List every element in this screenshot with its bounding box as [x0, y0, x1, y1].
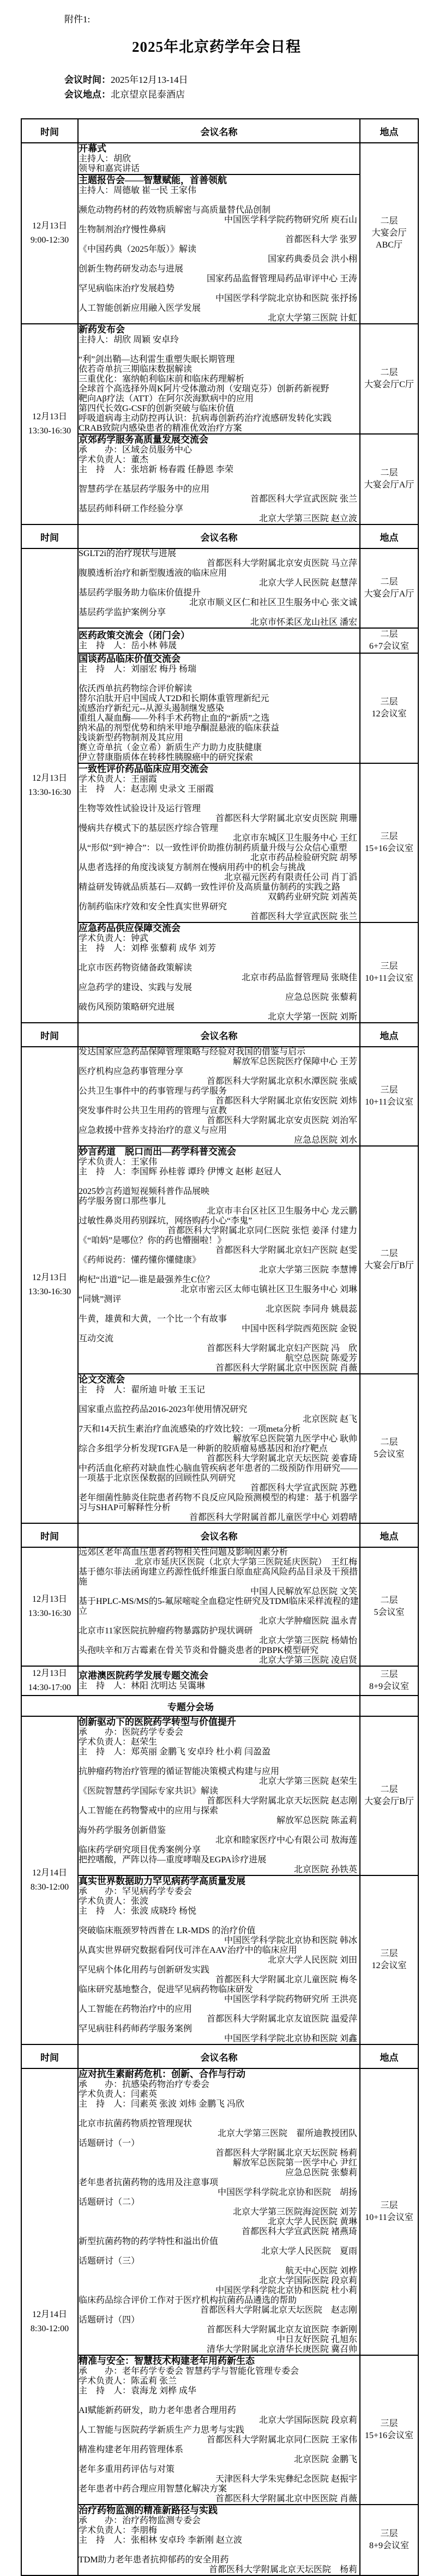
- session-cell: 真实世界数据助力罕见病药学高质量发展承 办：罕见病药学专委会学术负责人：张波主 …: [78, 1875, 360, 2044]
- location-cell: 二层大宴会厅C厅: [360, 324, 418, 434]
- talk-title: “同姚”测评: [79, 1295, 359, 1305]
- schedule-row: 一致性评价药品临床应用交流会学术负责人：王丽霞主 持 人：赵志刚 史录文 王丽霞…: [21, 763, 418, 922]
- talk-title: 伊立替康脂质体在转移性胰腺癌中的研究探索: [79, 753, 359, 763]
- talk-title: 老年患者中药合理应用智慧化解决方案: [79, 2484, 359, 2494]
- speaker-name: 首都医科大学附属北京天坛医院 姜睿琦: [79, 1454, 359, 1464]
- talk-title: 重组人凝血酶——外科手术药物止血的“新质”之选: [79, 714, 359, 723]
- talk-title: 从患者选择的角度浅谈复方制剂在慢病用药中的机会与挑战: [79, 863, 359, 873]
- table-header-row: 时间会议名称地点: [21, 119, 418, 143]
- time-text: 14:30-17:00: [22, 1681, 77, 1695]
- talk-title: 突破临床瓶颈罗特西普在 LR-MDS 的治疗价值: [79, 1926, 359, 1936]
- speaker-name: 北京福元医药有限责任公司 肖丁滔: [79, 873, 359, 883]
- location-text: 大宴会厅B厅: [360, 1796, 418, 1808]
- time-text: 12月13日: [22, 1667, 77, 1681]
- speaker-name: 北京市药品监督管理局 张晓佳: [79, 973, 359, 983]
- speaker-name: 首都医科大学附属北京天坛医院 杨莉: [79, 2149, 359, 2158]
- time-text: 12月13日: [22, 219, 77, 233]
- speaker-name: 首都医科大学附属北京天坛医院 赵志刚: [79, 2306, 359, 2315]
- talk-title: 创新生物药研发动态与进展: [79, 264, 359, 274]
- blank-line: [79, 794, 359, 804]
- header-cell-name: 会议名称: [78, 1523, 360, 1547]
- speaker-name: 首都医科大学宣武医院 张兰: [79, 494, 359, 504]
- talk-title: 依若奇单抗三期临床数据解读: [79, 365, 359, 375]
- header-cell-location: 地点: [360, 524, 418, 548]
- session-title: 国谈药品临床价值交流会: [79, 654, 359, 665]
- location-text: 10+11会议室: [360, 2212, 418, 2224]
- header-cell-name: 会议名称: [78, 1023, 360, 1047]
- schedule-row: 真实世界数据助力罕见病药学高质量发展承 办：罕见病药学专委会学术负责人：张波主 …: [21, 1875, 418, 2044]
- session-cell: 应急药品供应保障交流会学术负责人：钟武主 持 人：刘桦 张藜莉 成华 刘芳北京市…: [78, 922, 360, 1023]
- meeting-time-value: 2025年12月13-14日: [111, 75, 188, 85]
- session-meta-line: 承 办：治疗药物监测专委会: [79, 2516, 359, 2526]
- header-cell-time: 时间: [21, 2044, 78, 2068]
- talk-title: 靶向Aβ疗法（ATT）在阿尔茨海默病中的应用: [79, 394, 359, 404]
- session-meta-line: 承 办：老年药学专委会 智慧药学与智能化管理专委会: [79, 2367, 359, 2376]
- talk-title: 北京市医药物资储备政策解读: [79, 963, 359, 973]
- blank-line: [79, 345, 359, 355]
- location-cell: 二层6+7会议室: [360, 628, 418, 653]
- talk-title: 慢病共存模式下的基层医疗综合管理: [79, 824, 359, 834]
- session-cell: 应对抗生素耐药危机：创新、合作与行动承 办：抗感染药物治疗专委会学术负责人：闫素…: [78, 2068, 360, 2355]
- talk-title: 突发事件时公共卫生用药的管理与宣教: [79, 1106, 359, 1116]
- speaker-name: 中国医学科学院北京协和医院 张抒扬: [79, 294, 359, 304]
- session-title: 精准与安全：智慧技术构建老年用药新生态: [79, 2356, 359, 2367]
- talk-title: 基层药学服务助力临床价值提升: [79, 588, 359, 598]
- session-cell: 一致性评价药品临床应用交流会学术负责人：王丽霞主 持 人：赵志刚 史录文 王丽霞…: [78, 763, 360, 922]
- schedule-row: 国谈药品临床价值交流会主 持 人：刘丽宏 梅丹 杨瑞依沃西单抗药物综合评价解读替…: [21, 653, 418, 763]
- session-meta-line: 学术负责人：赵荣生: [79, 1738, 359, 1747]
- talk-title: 远郊区老年高血压患者药物相关性问题及影响因素分析: [79, 1548, 359, 1558]
- time-cell: 12月14日8:30-12:00: [21, 2068, 78, 2575]
- speaker-name: 双鹤药业研究院 刘茜英: [79, 892, 359, 902]
- session-title: 医药政策交流会（闭门会）: [79, 630, 359, 641]
- session-title: 京郊药学服务高质量发展交流会: [79, 435, 359, 445]
- location-cell-empty: [360, 1696, 418, 1716]
- location-text: 三层: [360, 831, 418, 843]
- talk-title: 中药活血化瘀药对缺血性心脑血管疾病老年患者的二级预防作用研究——一项基于北京医保…: [79, 1464, 359, 1483]
- location-text: 二层: [360, 367, 418, 379]
- location-cell: 三层8+9会议室: [360, 1666, 418, 1696]
- speaker-name: 首都医科大学附属北京安贞医院 刘治军: [79, 1116, 359, 1126]
- session-meta-line: 主 持 人：岳小林 韩晟: [79, 641, 359, 651]
- speaker-name: 北京市密云区太师屯镇社区卫生服务中心 刘琳: [79, 1285, 359, 1295]
- location-cell: 二层5会议室: [360, 1374, 418, 1523]
- time-cell: 12月14日8:30-12:00: [21, 1716, 78, 2044]
- speaker-name: 中国医学科学院北京协和医院 杜小莉: [79, 2286, 359, 2296]
- page-title: 2025年北京药学年会日程: [0, 35, 433, 56]
- meeting-place-row: 会议地点：北京望京昆泰酒店: [64, 87, 433, 102]
- talk-title: 基层药师科研工作经验分享: [79, 504, 359, 514]
- speaker-name: 应急总医院 张藜莉: [79, 2168, 359, 2178]
- meeting-place-value: 北京望京昆泰酒店: [111, 89, 185, 100]
- attachment-label: 附件1:: [64, 13, 433, 26]
- speaker-name: 中国人民解放军总医院 文笑: [79, 1587, 359, 1597]
- location-text: 12会议室: [360, 708, 418, 720]
- talk-title: 罕见病驻科药师药学服务案例: [79, 2024, 359, 2034]
- location-text: 二层: [360, 629, 418, 641]
- speaker-name: 首都医科大学附属北京天坛医院 杨莉: [79, 2565, 359, 2575]
- speaker-name: 首都医科大学附属北京同仁医院 王家伟: [79, 2435, 359, 2445]
- schedule-row: 京郊药学服务高质量发展交流会承 办：区域会员服务中心学术负责人：董杰主 持 人：…: [21, 434, 418, 524]
- speaker-name: 首都医科大学附属北京友谊医院 李新刚: [79, 2325, 359, 2335]
- talk-title: 公共卫生事件中的药事管理与药学服务: [79, 1087, 359, 1096]
- speaker-name: 北京大学第一医院 刘斯: [79, 1012, 359, 1022]
- speaker-name: 北京大学第三医院 翟所迪教授团队: [79, 2129, 359, 2139]
- talk-title: 《医院智慧药学国际专家共识》解读: [79, 1787, 359, 1796]
- session-meta-line: 主 持 人：张相林 安卓玲 李新刚 赵立波: [79, 2536, 359, 2545]
- speaker-name: 解放军总医院医疗保障中心 王芳: [79, 1057, 359, 1067]
- speaker-name: 国家药品监督管理局药品审评中心 王涛: [79, 274, 359, 284]
- schedule-row: 论文交流会主 持 人：翟所迪 叶敏 王玉记国家重点监控药品2016-2023年使…: [21, 1374, 418, 1523]
- location-cell: 三层12会议室: [360, 1875, 418, 2044]
- talk-title: 基层药学监护案例分享: [79, 608, 359, 618]
- meeting-place-label: 会议地点：: [64, 89, 111, 100]
- speaker-name: 北京大学第三医院 赵立波: [79, 514, 359, 524]
- talk-title: 浅谈新型药物制剂及其应用: [79, 733, 359, 743]
- session-cell: 论文交流会主 持 人：翟所迪 叶敏 王玉记国家重点监控药品2016-2023年使…: [78, 1374, 360, 1523]
- location-text: 二层: [360, 215, 418, 227]
- session-meta-line: 学术负责人：钟武: [79, 934, 359, 944]
- speaker-name: 北京医院 金鹏飞: [79, 2455, 359, 2465]
- session-title: 京港澳医院药学发展专题交流会: [79, 1670, 359, 1681]
- talk-title: 依沃西单抗药物综合评价解读: [79, 684, 359, 694]
- talk-title: 基于HPLC-MS/MS的5-氟尿嘧啶全血稳定性研究及TDM临床采样流程的建立: [79, 1597, 359, 1616]
- time-cell: 12月13日13:30-16:30: [21, 1547, 78, 1666]
- schedule-row: 12月14日8:30-12:00应对抗生素耐药危机：创新、合作与行动承 办：抗感…: [21, 2068, 418, 2355]
- location-cell: 二层大宴会厅A厅: [360, 548, 418, 628]
- speaker-name: 解放军总医院第九医学中心 耿帅: [79, 1434, 359, 1444]
- talk-title: 老年细菌性肺炎住院患者药物不良反应风险预测模型的构建：基于机器学习与SHAP可解…: [79, 1493, 359, 1513]
- speaker-name: 清华大学附属北京清华长庚医院 冀召帅: [79, 2345, 359, 2355]
- table-header-row: 时间会议名称地点: [21, 1023, 418, 1047]
- session-cell: 精准与安全：智慧技术构建老年用药新生态承 办：老年药学专委会 智慧药学与智能化管…: [78, 2355, 360, 2505]
- talk-title: 仿制药临床疗效和安全性真实世界研究: [79, 902, 359, 912]
- session-meta-line: 学术负责人：王家伟: [79, 1157, 359, 1167]
- location-text: 6+7会议室: [360, 641, 418, 653]
- talk-title: 人工智能在药物治疗中的应用: [79, 2005, 359, 2014]
- session-meta-line: 主持人：胡欣 周颖 安卓玲: [79, 335, 359, 345]
- speaker-name: 首都医科大学附属北京同仁医院 张恺 姜泽 付建力: [79, 1226, 359, 1236]
- time-cell: 12月13日14:30-17:00: [21, 1666, 78, 1696]
- location-text: 二层: [360, 1437, 418, 1449]
- location-cell: 二层5会议室: [360, 1547, 418, 1666]
- blank-line: [79, 2109, 359, 2119]
- session-cell: 妙言药道 脱口而出—药学科普交流会学术负责人：王家伟主 持 人：李国辉 孙桂蓉 …: [78, 1146, 360, 1374]
- speaker-name: 中国中医科学院西苑医院 金锐: [79, 1324, 359, 1334]
- schedule-row: 精准与安全：智慧技术构建老年用药新生态承 办：老年药学专委会 智慧药学与智能化管…: [21, 2355, 418, 2505]
- time-text: 12月14日: [22, 2308, 77, 2322]
- speaker-name: 首都医科大学附属北京妇产医院 赵雯: [79, 1246, 359, 1256]
- session-meta-line: 学术负责人：张波: [79, 1897, 359, 1907]
- meeting-time-label: 会议时间：: [64, 75, 111, 85]
- talk-title: TDM助力老年患者抗抑郁药的安全用药: [79, 2555, 359, 2565]
- session-meta-line: 主 持 人：张培新 杨春霞 任静恩 李荣: [79, 465, 359, 475]
- speaker-name: 解放军总医院第一医学中心 尹红: [79, 2158, 359, 2168]
- schedule-row: 妙言药道 脱口而出—药学科普交流会学术负责人：王家伟主 持 人：李国辉 孙桂蓉 …: [21, 1146, 418, 1374]
- location-cell: 二层大宴会厅B厅: [360, 1146, 418, 1374]
- session-meta-line: 学术负责人：闫素英: [79, 2090, 359, 2100]
- speaker-name: 首都医科大学 张罗: [79, 235, 359, 245]
- speaker-name: 中国医学科学院北京协和医院 刘鑫: [79, 2034, 359, 2044]
- session-meta-line: 主 持 人：翟所迪 叶敏 王玉记: [79, 1385, 359, 1395]
- schedule-body: 时间会议名称地点12月13日9:00-12:30开幕式主持人：胡欣领导和嘉宾讲话…: [21, 119, 418, 2575]
- talk-title: 生物等效性试验设计及运行管理: [79, 804, 359, 814]
- session-cell: 发达国家应急药品保障管理策略与经验对我国的借鉴与启示解放军总医院医疗保障中心 王…: [78, 1047, 360, 1146]
- session-meta-line: 承 办：抗感染药物治疗专委会: [79, 2080, 359, 2090]
- talk-title: 纳米晶的剂型优势和纳米甲地孕酮混悬液的临床获益: [79, 723, 359, 733]
- time-text: 8:30-12:00: [22, 1880, 77, 1895]
- location-cell: 二层大宴会厅B厅: [360, 1716, 418, 1875]
- speaker-name: 天津医科大学朱宪彝纪念医院 赵振宇: [79, 2475, 359, 2484]
- speaker-name: 北京大学第三医院 计虹: [79, 313, 359, 323]
- session-meta-line: 主持人：胡欣: [79, 154, 359, 164]
- speaker-name: 首都医科大学附属北京佑安医院 刘炜: [79, 1096, 359, 1106]
- speaker-name: 北京医院 孙铁英: [79, 1865, 359, 1875]
- banner-row: 专题分会场: [21, 1696, 418, 1716]
- talk-title: 濒危动物药材的药效物质解密与高质量替代品创制: [79, 206, 359, 215]
- speaker-name: 首都医科大学附属北京安贞医院 马立萍: [79, 559, 359, 569]
- talk-title: 临床药品综合评价工作对于医疗机构抗菌药品遴选的帮助: [79, 2296, 359, 2306]
- talk-title: 医疗机构应急药事管理分享: [79, 1067, 359, 1077]
- location-cell: 三层15+16会议室: [360, 2355, 418, 2505]
- speaker-name: 中国医学科学院北京协和医院 胡扬: [79, 2188, 359, 2198]
- time-text: 12月13日: [22, 1592, 77, 1607]
- header-cell-location: 地点: [360, 1523, 418, 1547]
- session-meta-line: 学术负责人：董杰: [79, 455, 359, 465]
- speaker-name: 北京大学第三医院 凌启贤: [79, 1656, 359, 1666]
- time-cell: 12月13日9:00-12:30: [21, 143, 78, 324]
- speaker-name: 北京大学第三医院 李慧博: [79, 1265, 359, 1275]
- header-cell-name: 会议名称: [78, 524, 360, 548]
- speaker-name: 北京医院 李同舟 姚晨蕊: [79, 1305, 359, 1314]
- talk-title: 应急药学的建设、实践与发展: [79, 983, 359, 993]
- speaker-name: 首都医科大学附属北京妇产医院 冯 欣: [79, 1344, 359, 1354]
- location-cell: 三层12会议室: [360, 653, 418, 763]
- session-meta-line: 承 办：区域会员服务中心: [79, 445, 359, 455]
- location-cell: 二层大宴会厅ABC厅: [360, 143, 418, 324]
- session-meta-line: 主持人：周德敏 崔一民 王家伟: [79, 186, 359, 196]
- table-header-row: 时间会议名称地点: [21, 524, 418, 548]
- speaker-name: 中国医学科学院药物研究所 庾石山: [79, 215, 359, 225]
- schedule-row: 12月13日9:00-12:30开幕式主持人：胡欣领导和嘉宾讲话二层大宴会厅AB…: [21, 143, 418, 174]
- location-cell: 三层10+11会议室: [360, 2068, 418, 2355]
- speaker-name: 北京大学人民医院 刘田: [79, 1956, 359, 1965]
- session-cell: 开幕式主持人：胡欣领导和嘉宾讲话: [78, 143, 360, 174]
- session-title: 一致性评价药品临床应用交流会: [79, 764, 359, 775]
- talk-title: 北京市抗菌药物质控管理现状: [79, 2119, 359, 2129]
- location-text: 5会议室: [360, 1449, 418, 1461]
- talk-title: 发达国家应急药品保障管理策略与经验对我国的借鉴与启示: [79, 1047, 359, 1057]
- location-cell: 三层8+9会议室: [360, 2505, 418, 2575]
- speaker-name: 首都医科大学附属北京中医医院 肖薇: [79, 2494, 359, 2504]
- talk-title: 基于德尔菲法函询建立药源性低纤维蛋白原血症高风险药品目录及干预措施: [79, 1567, 359, 1587]
- blank-line: [79, 196, 359, 206]
- location-cell: 二层大宴会厅A厅: [360, 434, 418, 524]
- session-meta-line: 主 持 人：闫素英 张波 刘炜 金鹏飞 冯欣: [79, 2100, 359, 2109]
- location-text: 12会议室: [360, 1960, 418, 1972]
- header-cell-location: 地点: [360, 1023, 418, 1047]
- time-text: 12月13日: [22, 1271, 77, 1285]
- talk-title: AI赋能新药研发，助力老年患者合理用药: [79, 2406, 359, 2416]
- session-meta-line: 主 持 人：张波 成晓玲 杨悦: [79, 1907, 359, 1916]
- session-title: 创新驱动下的医院药学转型与价值提升: [79, 1717, 359, 1728]
- session-title: 论文交流会: [79, 1374, 359, 1385]
- speaker-name: 北京市药品检验研究院 胡琴: [79, 853, 359, 863]
- location-cell: 三层15+16会议室: [360, 763, 418, 922]
- talk-title: 《药师说药：懂药懂你懂健康》: [79, 1256, 359, 1265]
- blank-line: [79, 1757, 359, 1767]
- talk-title: 罕见病个体化用药与创新研发实践: [79, 1965, 359, 1975]
- header-cell-time: 时间: [21, 1523, 78, 1547]
- talk-title: 话题研讨（三）: [79, 2257, 359, 2266]
- session-cell: 医药政策交流会（闭门会）主 持 人：岳小林 韩晟: [78, 628, 360, 653]
- talk-title: 腹膜透析治疗和新型腹透液的临床应用: [79, 569, 359, 578]
- talk-title: 话题研讨（四）: [79, 2315, 359, 2325]
- location-text: 大宴会厅A厅: [360, 479, 418, 491]
- speaker-name: 北京和睦家医疗中心有限公司 敖海莲: [79, 1836, 359, 1845]
- talk-title: 2025妙言药道短视频科普作品展映: [79, 1187, 359, 1197]
- session-cell: SGLT2i的治疗现状与进展首都医科大学附属北京安贞医院 马立萍腹膜透析治疗和新…: [78, 548, 360, 628]
- blank-line: [79, 1177, 359, 1187]
- location-text: 二层: [360, 467, 418, 479]
- speaker-name: 北京大学人民医院 夏雨: [79, 2247, 359, 2257]
- session-meta-line: 主 持 人：林阳 沈明达 吴霭琳: [79, 1681, 359, 1691]
- talk-title: 临床研究基地整合，促进罕见病药物临床研发: [79, 1985, 359, 1995]
- speaker-name: 首都医科大学附属北京中医医院 肖薇: [79, 1364, 359, 1373]
- time-text: 13:30-16:30: [22, 424, 77, 438]
- location-text: 三层: [360, 2528, 418, 2540]
- session-title: 真实世界数据助力罕见病药学高质量发展: [79, 1876, 359, 1887]
- speaker-name: 解放军总医院 陈孟莉: [79, 1816, 359, 1826]
- session-cell: 国谈药品临床价值交流会主 持 人：刘丽宏 梅丹 杨瑞依沃西单抗药物综合评价解读替…: [78, 653, 360, 763]
- session-cell: 治疗药物监测的精准新路径与实践承 办：治疗药物监测专委会学术负责人：李朋梅主 持…: [78, 2505, 360, 2575]
- location-text: 三层: [360, 961, 418, 973]
- speaker-name: 北京大学国际医院 段京莉: [79, 2276, 359, 2286]
- talk-title: 临床药学研究项目优秀案例分享: [79, 1845, 359, 1855]
- talk-title: 生物制剂治疗慢性鼻病: [79, 225, 359, 235]
- blank-line: [79, 2396, 359, 2406]
- blank-line: [79, 475, 359, 485]
- speaker-name: 中国医学科学院药物研究所 王洪亮: [79, 1995, 359, 2005]
- speaker-name: 航空总医院 陈爱芳: [79, 1354, 359, 1364]
- time-text: 12月14日: [22, 1866, 77, 1880]
- time-cell: 12月13日13:30-16:30: [21, 548, 78, 1023]
- session-meta-line: 主 持 人：赵志刚 史录文 王丽霞: [79, 785, 359, 794]
- session-cell: 远郊区老年高血压患者药物相关性问题及影响因素分析北京市延庆区医院（北京大学第三医…: [78, 1547, 360, 1666]
- talk-title: 人工智能与医院药学新质生产力思考与实践: [79, 2426, 359, 2435]
- schedule-row: 12月13日13:30-16:30SGLT2i的治疗现状与进展首都医科大学附属北…: [21, 548, 418, 628]
- schedule-row: 12月13日13:30-16:30新药发布会主持人：胡欣 周颖 安卓玲“利”剑出…: [21, 324, 418, 434]
- speaker-name: 北京大学人民医院 黄琳: [79, 2217, 359, 2227]
- location-text: 三层: [360, 2200, 418, 2212]
- talk-title: 呼吸道病毒主动防控再认识：抗病毒创新药治疗流感研发转化实践: [79, 414, 359, 424]
- header-cell-time: 时间: [21, 119, 78, 143]
- talk-title: 国家重点监控药品2016-2023年使用情况研究: [79, 1405, 359, 1415]
- session-title: 新药发布会: [79, 324, 359, 335]
- schedule-row: 12月13日13:30-16:30发达国家应急药品保障管理策略与经验对我国的借鉴…: [21, 1047, 418, 1146]
- speaker-name: 北京市丰台区社区卫生服务中心 龙云鹏: [79, 1206, 359, 1216]
- location-text: 二层: [360, 1595, 418, 1607]
- talk-title: 全球首个高选择外周K阿片受体激动剂（安瑞克芬）创新药新视野: [79, 384, 359, 394]
- blank-line: [79, 1395, 359, 1405]
- session-meta-line: 主 持 人：刘丽宏 梅丹 杨瑞: [79, 665, 359, 674]
- location-text: 8+9会议室: [360, 2540, 418, 2552]
- schedule-row: 应急药品供应保障交流会学术负责人：钟武主 持 人：刘桦 张藜莉 成华 刘芳北京市…: [21, 922, 418, 1023]
- talk-title: 应急救援中营养支持治疗的意义与应用: [79, 1126, 359, 1136]
- talk-title: 牛黄，雄黄和大黄，一个比一个有故事: [79, 1314, 359, 1324]
- talk-title: 从“形似”到“神合”：以一致性评价助推仿制药质量升级与公众信心重塑: [79, 843, 359, 853]
- talk-title: 三重优化：塞纳帕利临床前和临床药理解析: [79, 375, 359, 384]
- schedule-row: 医药政策交流会（闭门会）主 持 人：岳小林 韩晟二层6+7会议室: [21, 628, 418, 653]
- speaker-name: 北京大学人民医院 赵慧萍: [79, 578, 359, 588]
- time-text: 12月13日: [22, 410, 77, 424]
- speaker-name: 应急总医院 张藜莉: [79, 993, 359, 1003]
- talk-title: 药学服务窗口那些事儿: [79, 1197, 359, 1206]
- time-text: 13:30-16:30: [22, 1607, 77, 1621]
- talk-title: 破伤风预防策略研究进展: [79, 1003, 359, 1012]
- speaker-name: 北京大学第三医院 赵荣生: [79, 1777, 359, 1787]
- session-title: 应对抗生素耐药危机：创新、合作与行动: [79, 2069, 359, 2080]
- talk-title: 老年患者抗菌药物的选用及注意事项: [79, 2178, 359, 2188]
- blank-line: [79, 2545, 359, 2555]
- header-cell-time: 时间: [21, 524, 78, 548]
- session-meta-line: 承 办：罕见病药学专委会: [79, 1887, 359, 1897]
- talk-title: 话题研讨（一）: [79, 2139, 359, 2149]
- location-text: ABC厅: [360, 239, 418, 251]
- header-cell-location: 地点: [360, 119, 418, 143]
- session-meta-line: 主 持 人：郑英丽 金鹏飞 安卓玲 杜小莉 闫盈盈: [79, 1747, 359, 1757]
- speaker-name: 首都医科大学附属北京天坛医院 赵志刚: [79, 1796, 359, 1806]
- location-text: 大宴会厅A厅: [360, 588, 418, 600]
- location-cell: 三层10+11会议室: [360, 922, 418, 1023]
- location-cell: 三层10+11会议室: [360, 1047, 418, 1146]
- schedule-row: 主题报告会——智慧赋能，首善领航主持人：周德敏 崔一民 王家伟濒危动物药材的药效…: [21, 174, 418, 324]
- location-text: 三层: [360, 1084, 418, 1096]
- header-cell-name: 会议名称: [78, 119, 360, 143]
- speaker-name: 首都医科大学附属北京友谊医院 温爱萍: [79, 2014, 359, 2024]
- talk-title: 把控嗜酸，严阵以待—重度哮喘及EGPA诊疗进展: [79, 1855, 359, 1865]
- speaker-name: 中日友好医院 孔旭东: [79, 2335, 359, 2345]
- talk-title: 流感治疗新纪元--从源头遏制继发感染: [79, 704, 359, 714]
- speaker-name: 首都医科大学宣武医院 褚燕琦: [79, 2227, 359, 2237]
- blank-line: [79, 954, 359, 963]
- session-meta-line: 学术负责人：李朋梅: [79, 2526, 359, 2536]
- time-text: 13:30-16:30: [22, 786, 77, 800]
- speaker-name: 北京市延庆区医院（北京大学第三医院延庆医院） 王红梅: [79, 1558, 359, 1567]
- page-root: 附件1: 2025年北京药学年会日程 会议时间：2025年12月13-14日 会…: [0, 0, 433, 2576]
- talk-title: 头孢呋辛和万古霉素在骨关节炎和骨髓炎患者的PBPK模型研究: [79, 1646, 359, 1656]
- speaker-name: 首都医科大学附属北京儿童医院 梅冬: [79, 1975, 359, 1985]
- speaker-name: 北京市东城区卫生服务中心 王红: [79, 834, 359, 843]
- location-text: 三层: [360, 1669, 418, 1681]
- session-meta-line: 主 持 人：刘桦 张藜莉 成华 刘芳: [79, 944, 359, 954]
- talk-title: 《中国药典（2025年版）》解读: [79, 245, 359, 255]
- speaker-name: 首都医科大学宣武医院 张兰: [79, 912, 359, 922]
- blank-line: [79, 1916, 359, 1926]
- speaker-name: 北京大学国际医院 段京莉: [79, 2416, 359, 2426]
- session-meta-line: 领导和嘉宾讲话: [79, 164, 359, 174]
- header-cell-location: 地点: [360, 2044, 418, 2068]
- speaker-name: 应急总医院 刘水: [79, 1136, 359, 1145]
- location-text: 大宴会厅: [360, 227, 418, 239]
- header-cell-time: 时间: [21, 1023, 78, 1047]
- talk-title: 罕见病临床治疗发展趋势: [79, 284, 359, 294]
- session-meta-line: 学术负责人：陈孟莉 张兰: [79, 2376, 359, 2386]
- time-cell: 12月13日13:30-16:30: [21, 324, 78, 524]
- banner-title: 专题分会场: [21, 1696, 360, 1716]
- talk-title: 从真实世界研究数据看阿伐可泮在AAV治疗中的临床应用: [79, 1946, 359, 1956]
- meeting-meta: 会议时间：2025年12月13-14日 会议地点：北京望京昆泰酒店: [64, 73, 433, 102]
